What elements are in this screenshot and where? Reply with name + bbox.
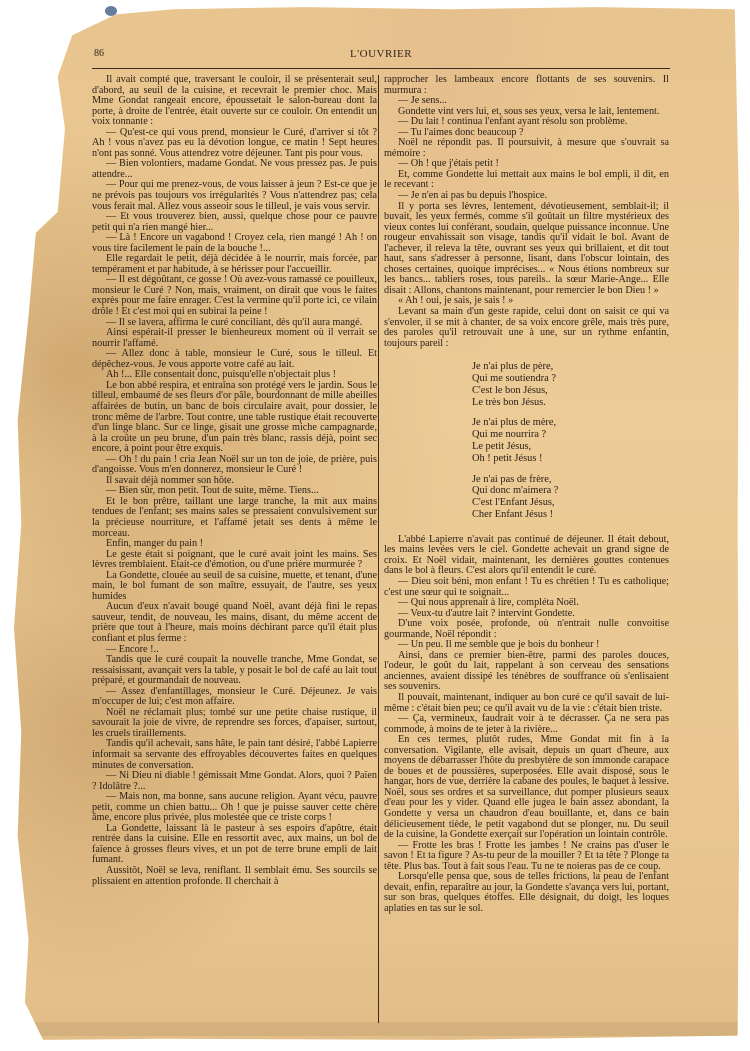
verse-line: Le petit Jésus, (472, 441, 669, 453)
left-column: Il avait compté que, traversant le coulo… (92, 75, 377, 887)
paragraph: Il y porta ses lèvres, lentement, dévoti… (384, 202, 669, 297)
verse-line: Le très bon Jésus. (472, 397, 669, 409)
right-column-bottom-text: L'abbé Lapierre n'avait pas continué de … (384, 535, 669, 915)
paragraph: L'abbé Lapierre n'avait pas continué de … (384, 535, 669, 577)
paragraph: Elle regardait le petit, déjà décidée à … (92, 254, 377, 275)
paragraph: Levant sa main d'un geste rapide, celui … (384, 307, 669, 349)
paragraph: Lorsqu'elle pensa que, sous de telles fr… (384, 872, 669, 914)
verse-line: Je n'ai plus de mère, (472, 417, 669, 429)
paragraph: — Ça, vermineux, faudrait voir à te décr… (384, 714, 669, 735)
paragraph: Tandis qu'il achevait, sans hâte, le pai… (92, 739, 377, 771)
stanza: Je n'ai pas de frère,Qui donc m'aimera ?… (472, 474, 669, 521)
paragraph: La Gondette, clouée au seuil de sa cuisi… (92, 571, 377, 603)
paragraph: Aussitôt, Noël se leva, reniflant. Il se… (92, 866, 377, 887)
verse-line: Cher Enfant Jésus ! (472, 509, 669, 521)
paragraph: — Dieu soit béni, mon enfant ! Tu es chr… (384, 577, 669, 598)
paragraph: Ainsi espérait-il presser le bienheureux… (92, 328, 377, 349)
paragraph: En ces termes, plutôt rudes, Mme Gondat … (384, 735, 669, 840)
paragraph: — Mais non, ma bonne, sans aucune religi… (92, 792, 377, 824)
paragraph: — Ni Dieu ni diable ! gémissait Mme Gond… (92, 771, 377, 792)
paragraph: Le geste était si poignant, que le curé … (92, 550, 377, 571)
stanza: Je n'ai plus de mère,Qui me nourrira ?Le… (472, 417, 669, 464)
verse-line: Oh ! petit Jésus ! (472, 453, 669, 465)
running-title: L'OUVRIER (92, 48, 670, 60)
paragraph: — Et vous trouverez bien, aussi, quelque… (92, 212, 377, 233)
verse-line: Qui donc m'aimera ? (472, 485, 669, 497)
paragraph: rapprocher les lambeaux encore flottants… (384, 75, 669, 96)
paragraph: — Qu'est-ce qui vous prend, monsieur le … (92, 128, 377, 160)
paragraph: — Oh ! du pain ! cria Jean Noël sur un t… (92, 455, 377, 476)
paragraph: Noël ne réclamait plus; tombé sur une pe… (92, 708, 377, 740)
verse-line: C'est l'Enfant Jésus, (472, 497, 669, 509)
paragraph: Noël ne répondit pas. Il poursuivit, à m… (384, 138, 669, 159)
paragraph: Il avait compté que, traversant le coulo… (92, 75, 377, 128)
paragraph: Aucun d'eux n'avait bougé quand Noël, av… (92, 602, 377, 644)
verse-line: Je n'ai plus de père, (472, 361, 669, 373)
right-column-top-text: rapprocher les lambeaux encore flottants… (384, 75, 669, 349)
verse-line: Qui me nourrira ? (472, 429, 669, 441)
paragraph: — Bien volontiers, madame Gondat. Ne vou… (92, 159, 377, 180)
right-column: rapprocher les lambeaux encore flottants… (384, 75, 669, 914)
paragraph: Et le bon prêtre, taillant une large tra… (92, 497, 377, 539)
paragraph: Tandis que le curé coupait la nouvelle t… (92, 655, 377, 687)
paragraph: Le bon abbé respira, et entraîna son pro… (92, 381, 377, 455)
paragraph: — Assez d'enfantillages, monsieur le Cur… (92, 687, 377, 708)
column-divider (378, 75, 379, 1023)
verse-line: Je n'ai pas de frère, (472, 474, 669, 486)
paragraph: — Pour qui me prenez-vous, de vous laiss… (92, 180, 377, 212)
paragraph: — Là ! Encore un vagabond ! Croyez cela,… (92, 233, 377, 254)
paragraph: Et, comme Gondette lui mettait aux mains… (384, 170, 669, 191)
paragraph: — Il est dégoûtant, ce gosse ! Où avez-v… (92, 275, 377, 317)
paragraph: D'une voix posée, profonde, où n'entrait… (384, 619, 669, 640)
page-fold-shadow (14, 1022, 742, 1036)
stanza: Je n'ai plus de père,Qui me soutiendra ?… (472, 361, 669, 408)
paragraph: — Je n'en ai pas bu depuis l'hospice. (384, 191, 669, 202)
page-header: 86 L'OUVRIER (92, 44, 670, 69)
paragraph: — Allez donc à table, monsieur le Curé, … (92, 349, 377, 370)
paragraph: La Gondette, laissant là le pasteur à se… (92, 824, 377, 866)
paragraph: — Frotte les bras ! Frotte les jambes ! … (384, 841, 669, 873)
paragraph: Ainsi, dans ce premier bien-être, parmi … (384, 651, 669, 693)
paragraph: Il pouvait, maintenant, indiquer au bon … (384, 693, 669, 714)
song-verses: Je n'ai plus de père,Qui me soutiendra ?… (472, 361, 669, 521)
verse-line: Qui me soutiendra ? (472, 373, 669, 385)
ink-stain (105, 6, 117, 16)
verse-line: C'est le bon Jésus, (472, 385, 669, 397)
